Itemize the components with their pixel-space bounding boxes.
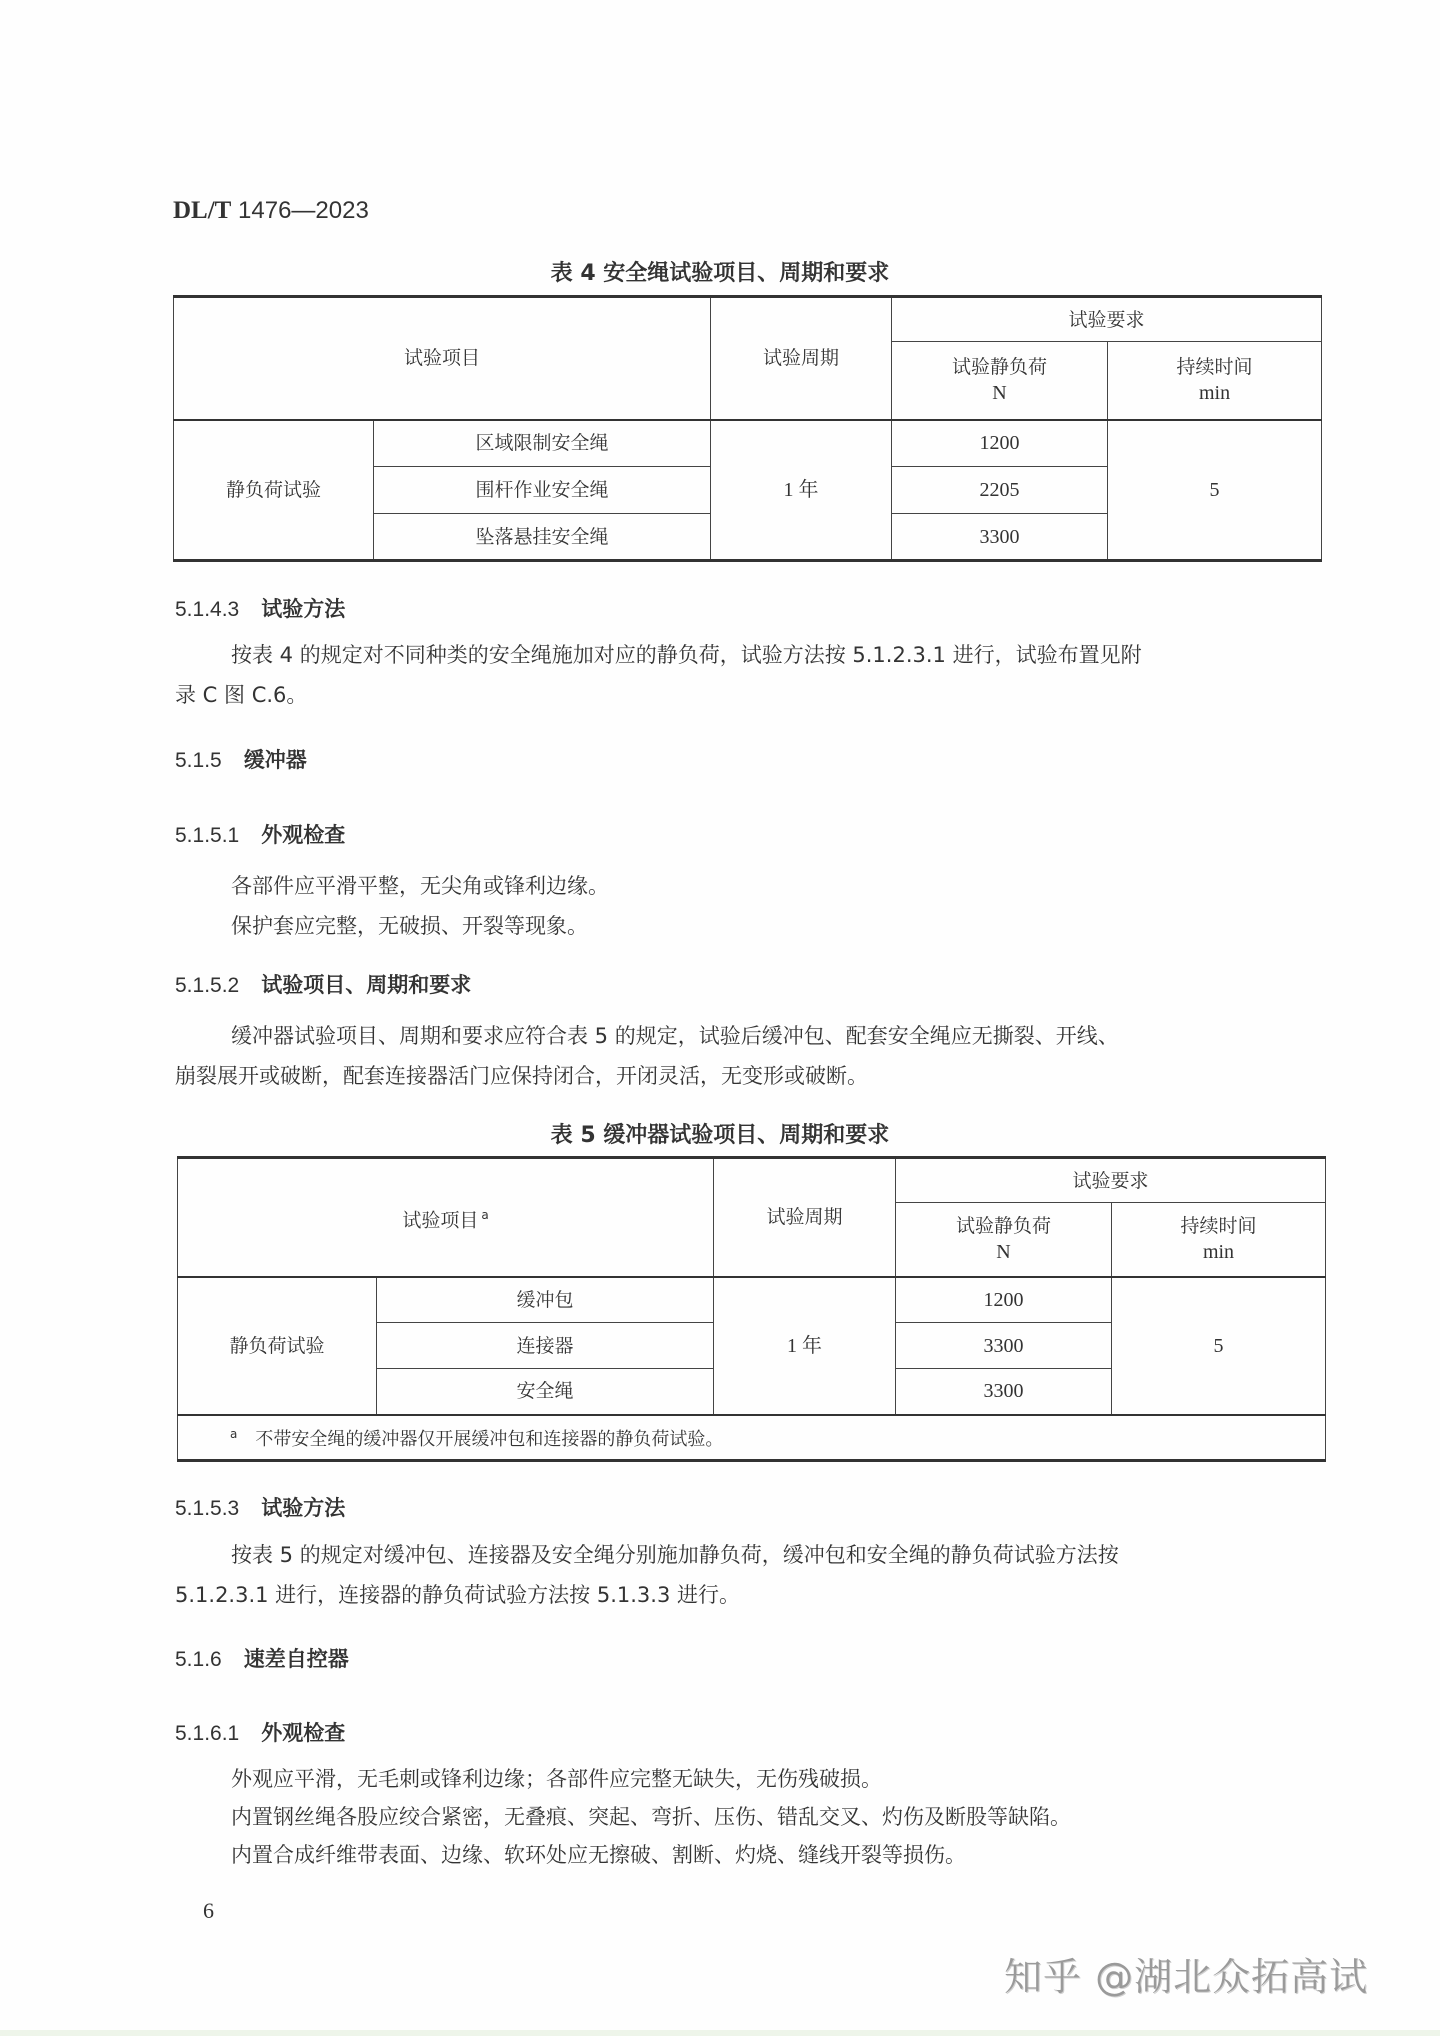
section-5-1-6-heading: 5.1.6速差自控器 bbox=[175, 1643, 349, 1673]
load-value: 3300 bbox=[980, 526, 1020, 548]
section-5-1-5-3-heading: 5.1.5.3试验方法 bbox=[175, 1492, 345, 1522]
paragraph-line: 缓冲器试验项目、周期和要求应符合表 5 的规定，试验后缓冲包、配套安全绳应无撕裂… bbox=[175, 1016, 1325, 1056]
paragraph-line: 外观应平滑，无毛刺或锋利边缘；各部件应完整无缺失，无伤残破损。 bbox=[175, 1760, 1325, 1798]
duration-value: 5 bbox=[1210, 479, 1220, 501]
section-number: 5.1.5 bbox=[175, 749, 222, 772]
table5-load-cell: 3300 bbox=[896, 1369, 1112, 1415]
section-5-1-6-1-text: 外观应平滑，无毛刺或锋利边缘；各部件应完整无缺失，无伤残破损。 内置钢丝绳各股应… bbox=[175, 1760, 1325, 1874]
paragraph-line: 5.1.2.3.1 进行，连接器的静负荷试验方法按 5.1.3.3 进行。 bbox=[175, 1575, 1325, 1615]
watermark: 知乎 @湖北众拓高试 bbox=[1004, 1946, 1368, 2001]
section-5-1-5-1-text: 各部件应平滑平整，无尖角或锋利边缘。 保护套应完整，无破损、开裂等现象。 bbox=[175, 866, 1325, 946]
footnote-ref: a bbox=[481, 1208, 488, 1222]
table5-item-cell: 连接器 bbox=[377, 1323, 714, 1369]
table4-period-cell: 1 年 bbox=[711, 420, 892, 561]
paragraph-line: 内置钢丝绳各股应绞合紧密，无叠痕、突起、弯折、压伤、错乱交叉、灼伤及断股等缺陷。 bbox=[175, 1798, 1325, 1836]
static-load-label: 试验静负荷 bbox=[952, 356, 1047, 378]
static-load-unit: N bbox=[892, 380, 1107, 406]
table-row: 静负荷试验 区域限制安全绳 1 年 1200 5 bbox=[174, 420, 1322, 467]
paragraph-line: 崩裂展开或破断，配套连接器活门应保持闭合，开闭灵活，无变形或破断。 bbox=[175, 1056, 1325, 1096]
section-number: 5.1.5.1 bbox=[175, 824, 239, 847]
table5-caption: 表 5 缓冲器试验项目、周期和要求 bbox=[0, 1118, 1440, 1149]
section-title: 速差自控器 bbox=[244, 1647, 349, 1671]
table5-header-duration: 持续时间 min bbox=[1112, 1203, 1326, 1277]
period-value: 1 年 bbox=[787, 1335, 822, 1357]
table5-header-static-load: 试验静负荷 N bbox=[896, 1203, 1112, 1277]
load-value: 1200 bbox=[984, 1289, 1024, 1311]
table-row: 静负荷试验 缓冲包 1 年 1200 5 bbox=[178, 1277, 1326, 1323]
table5-footnote-row: a不带安全绳的缓冲器仅开展缓冲包和连接器的静负荷试验。 bbox=[178, 1415, 1326, 1461]
paragraph-line: 各部件应平滑平整，无尖角或锋利边缘。 bbox=[175, 866, 1325, 906]
table4-duration-cell: 5 bbox=[1108, 420, 1322, 561]
section-5-1-4-3-text: 按表 4 的规定对不同种类的安全绳施加对应的静负荷，试验方法按 5.1.2.3.… bbox=[175, 635, 1325, 715]
table4-header-requirement: 试验要求 bbox=[892, 297, 1322, 342]
table4: 试验项目 试验周期 试验要求 试验静负荷 N 持续时间 min 静负荷试验 区域… bbox=[173, 295, 1322, 562]
table4-load-cell: 2205 bbox=[892, 467, 1108, 514]
table4-load-cell: 1200 bbox=[892, 420, 1108, 467]
table5-item-cell: 安全绳 bbox=[377, 1369, 714, 1415]
duration-label: 持续时间 bbox=[1177, 356, 1253, 378]
section-title: 外观检查 bbox=[261, 1721, 345, 1745]
table5-header-period: 试验周期 bbox=[714, 1158, 896, 1277]
load-value: 2205 bbox=[980, 479, 1020, 501]
table4-item-cell: 围杆作业安全绳 bbox=[374, 467, 711, 514]
item-label: 试验项目 bbox=[402, 1209, 478, 1231]
section-5-1-5-heading: 5.1.5缓冲器 bbox=[175, 744, 307, 774]
table5-load-cell: 1200 bbox=[896, 1277, 1112, 1323]
standard-code: DL/T 1476—2023 bbox=[173, 197, 369, 225]
table4-item-cell: 坠落悬挂安全绳 bbox=[374, 514, 711, 561]
section-number: 5.1.6.1 bbox=[175, 1722, 239, 1745]
section-number: 5.1.4.3 bbox=[175, 598, 239, 621]
table5-duration-cell: 5 bbox=[1112, 1277, 1326, 1415]
table5-footnote: a不带安全绳的缓冲器仅开展缓冲包和连接器的静负荷试验。 bbox=[178, 1415, 1326, 1461]
section-5-1-5-3-text: 按表 5 的规定对缓冲包、连接器及安全绳分别施加静负荷，缓冲包和安全绳的静负荷试… bbox=[175, 1535, 1325, 1615]
paragraph-line: 保护套应完整，无破损、开裂等现象。 bbox=[175, 906, 1325, 946]
static-load-unit: N bbox=[896, 1239, 1111, 1265]
load-value: 3300 bbox=[984, 1335, 1024, 1357]
table5-period-cell: 1 年 bbox=[714, 1277, 896, 1415]
duration-label: 持续时间 bbox=[1181, 1215, 1257, 1237]
table4-load-cell: 3300 bbox=[892, 514, 1108, 561]
section-5-1-4-3-heading: 5.1.4.3试验方法 bbox=[175, 593, 345, 623]
standard-prefix: DL/T bbox=[173, 197, 231, 224]
section-title: 试验方法 bbox=[261, 1496, 345, 1520]
section-title: 外观检查 bbox=[261, 823, 345, 847]
section-5-1-5-2-text: 缓冲器试验项目、周期和要求应符合表 5 的规定，试验后缓冲包、配套安全绳应无撕裂… bbox=[175, 1016, 1325, 1096]
standard-number: 1476—2023 bbox=[231, 197, 368, 224]
paragraph-line: 内置合成纤维带表面、边缘、软环处应无擦破、割断、灼烧、缝线开裂等损伤。 bbox=[175, 1836, 1325, 1874]
footnote-text: 不带安全绳的缓冲器仅开展缓冲包和连接器的静负荷试验。 bbox=[255, 1429, 723, 1450]
document-page: DL/T 1476—2023 表 4 安全绳试验项目、周期和要求 试验项目 试验… bbox=[0, 0, 1440, 2036]
section-5-1-6-1-heading: 5.1.6.1外观检查 bbox=[175, 1717, 345, 1747]
footnote-mark: a bbox=[230, 1427, 237, 1441]
duration-unit: min bbox=[1108, 380, 1321, 406]
table4-header-item: 试验项目 bbox=[174, 297, 711, 420]
bottom-edge bbox=[0, 2030, 1440, 2036]
period-value: 1 年 bbox=[784, 479, 819, 501]
section-number: 5.1.5.2 bbox=[175, 974, 239, 997]
table4-item-cell: 区域限制安全绳 bbox=[374, 420, 711, 467]
table4-group-cell: 静负荷试验 bbox=[174, 420, 374, 561]
load-value: 3300 bbox=[984, 1380, 1024, 1402]
table5-header-item: 试验项目a bbox=[178, 1158, 714, 1277]
section-title: 试验方法 bbox=[261, 597, 345, 621]
duration-unit: min bbox=[1112, 1239, 1325, 1265]
table4-header-duration: 持续时间 min bbox=[1108, 342, 1322, 420]
table5: 试验项目a 试验周期 试验要求 试验静负荷 N 持续时间 min 静负荷试验 缓… bbox=[177, 1156, 1326, 1462]
section-5-1-5-2-heading: 5.1.5.2试验项目、周期和要求 bbox=[175, 969, 471, 999]
duration-value: 5 bbox=[1214, 1335, 1224, 1357]
paragraph-line: 按表 4 的规定对不同种类的安全绳施加对应的静负荷，试验方法按 5.1.2.3.… bbox=[175, 635, 1325, 675]
table5-header-requirement: 试验要求 bbox=[896, 1158, 1326, 1203]
table5-item-cell: 缓冲包 bbox=[377, 1277, 714, 1323]
table4-header-static-load: 试验静负荷 N bbox=[892, 342, 1108, 420]
table4-caption: 表 4 安全绳试验项目、周期和要求 bbox=[0, 256, 1440, 287]
section-number: 5.1.6 bbox=[175, 1648, 222, 1671]
static-load-label: 试验静负荷 bbox=[956, 1215, 1051, 1237]
paragraph-line: 录 C 图 C.6。 bbox=[175, 675, 1325, 715]
table5-group-cell: 静负荷试验 bbox=[178, 1277, 377, 1415]
section-title: 试验项目、周期和要求 bbox=[261, 973, 471, 997]
table4-header-period: 试验周期 bbox=[711, 297, 892, 420]
table5-load-cell: 3300 bbox=[896, 1323, 1112, 1369]
section-5-1-5-1-heading: 5.1.5.1外观检查 bbox=[175, 819, 345, 849]
section-title: 缓冲器 bbox=[244, 748, 307, 772]
paragraph-line: 按表 5 的规定对缓冲包、连接器及安全绳分别施加静负荷，缓冲包和安全绳的静负荷试… bbox=[175, 1535, 1325, 1575]
section-number: 5.1.5.3 bbox=[175, 1497, 239, 1520]
load-value: 1200 bbox=[980, 432, 1020, 454]
page-number: 6 bbox=[203, 1898, 214, 1924]
